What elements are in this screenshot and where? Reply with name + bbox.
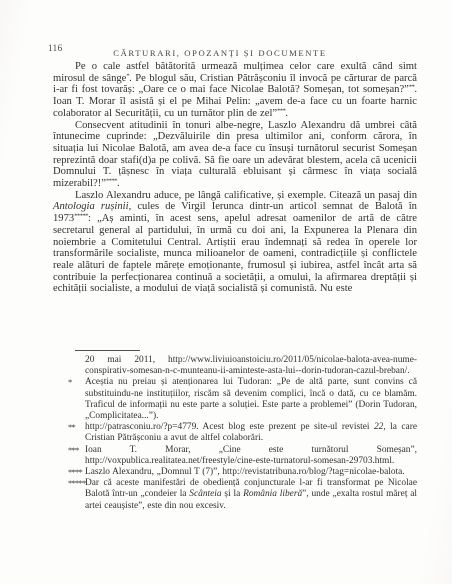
text-run: : „Aș aminti, în acest sens, apelul adre… bbox=[53, 213, 417, 294]
footnote-reference-mark: ***** bbox=[74, 213, 88, 220]
footnote-text: 20 mai 2011, http://www.liviuioanstoiciu… bbox=[85, 355, 417, 376]
footnote-marker: ** bbox=[68, 422, 75, 433]
text-run: și la bbox=[222, 489, 244, 499]
text-run: Ioan T. Morar, „Cine este turnătorul Som… bbox=[85, 445, 417, 466]
footnote: **http://patrasconiu.ro/?p=4779. Acest b… bbox=[68, 422, 417, 444]
body-paragraph: Consecvent atitudinii în tonuri albe-neg… bbox=[53, 120, 417, 190]
footnote: *****Dar că aceste manifestări de obedie… bbox=[68, 478, 417, 512]
footnote: 20 mai 2011, http://www.liviuioanstoiciu… bbox=[68, 355, 417, 377]
text-run: Aceștia nu preiau și atenționarea lui Tu… bbox=[85, 377, 417, 421]
footnote-marker: **** bbox=[68, 467, 82, 478]
footnote-text: http://patrasconiu.ro/?p=4779. Acest blo… bbox=[85, 422, 417, 443]
footnotes: 20 mai 2011, http://www.liviuioanstoiciu… bbox=[68, 355, 417, 512]
italic-text-run: România liberă bbox=[243, 489, 302, 499]
italic-text-run: Scânteia bbox=[189, 489, 221, 499]
text-run: . bbox=[285, 108, 288, 119]
text-run: http://patrasconiu.ro/?p=4779. Acest blo… bbox=[85, 422, 374, 432]
footnote: *Aceștia nu preiau și atenționarea lui T… bbox=[68, 377, 417, 422]
footnote-marker: ***** bbox=[68, 478, 86, 489]
footnote-marker: * bbox=[68, 377, 72, 388]
footnote: ***Ioan T. Morar, „Cine este turnătorul … bbox=[68, 445, 417, 467]
italic-text-run: Antologia rușinii bbox=[53, 201, 129, 212]
footnote-reference-mark: **** bbox=[106, 178, 117, 185]
footnote-separator bbox=[75, 350, 140, 351]
text-run: Laszlo Alexandru, „Domnul T (7)”, http:/… bbox=[85, 467, 405, 477]
text-run: . bbox=[117, 178, 120, 189]
footnote-text: Dar că aceste manifestări de obediență c… bbox=[85, 478, 417, 510]
book-page: 116 CĂRTURARI, OPOZANȚI ȘI DOCUMENTE Pe … bbox=[0, 0, 452, 584]
footnote: ****Laszlo Alexandru, „Domnul T (7)”, ht… bbox=[68, 467, 417, 478]
body-text: Pe o cale astfel bătătorită urmează mulț… bbox=[53, 61, 417, 295]
running-header-title: CĂRTURARI, OPOZANȚI ȘI DOCUMENTE bbox=[113, 48, 327, 58]
footnote-text: Aceștia nu preiau și atenționarea lui Tu… bbox=[85, 377, 417, 421]
italic-text-run: 22 bbox=[374, 422, 383, 432]
footnote-text: Ioan T. Morar, „Cine este turnătorul Som… bbox=[85, 445, 417, 466]
footnote-text: Laszlo Alexandru, „Domnul T (7)”, http:/… bbox=[85, 467, 405, 477]
body-paragraph: Laszlo Alexandru aduce, pe lângă calific… bbox=[53, 190, 417, 295]
footnote-marker: *** bbox=[68, 445, 79, 456]
text-run: Laszlo Alexandru aduce, pe lângă calific… bbox=[75, 190, 417, 201]
running-header: CĂRTURARI, OPOZANȚI ȘI DOCUMENTE bbox=[30, 43, 410, 61]
text-run: 20 mai 2011, http://www.liviuioanstoiciu… bbox=[85, 355, 417, 376]
body-paragraph: Pe o cale astfel bătătorită urmează mulț… bbox=[53, 61, 417, 120]
